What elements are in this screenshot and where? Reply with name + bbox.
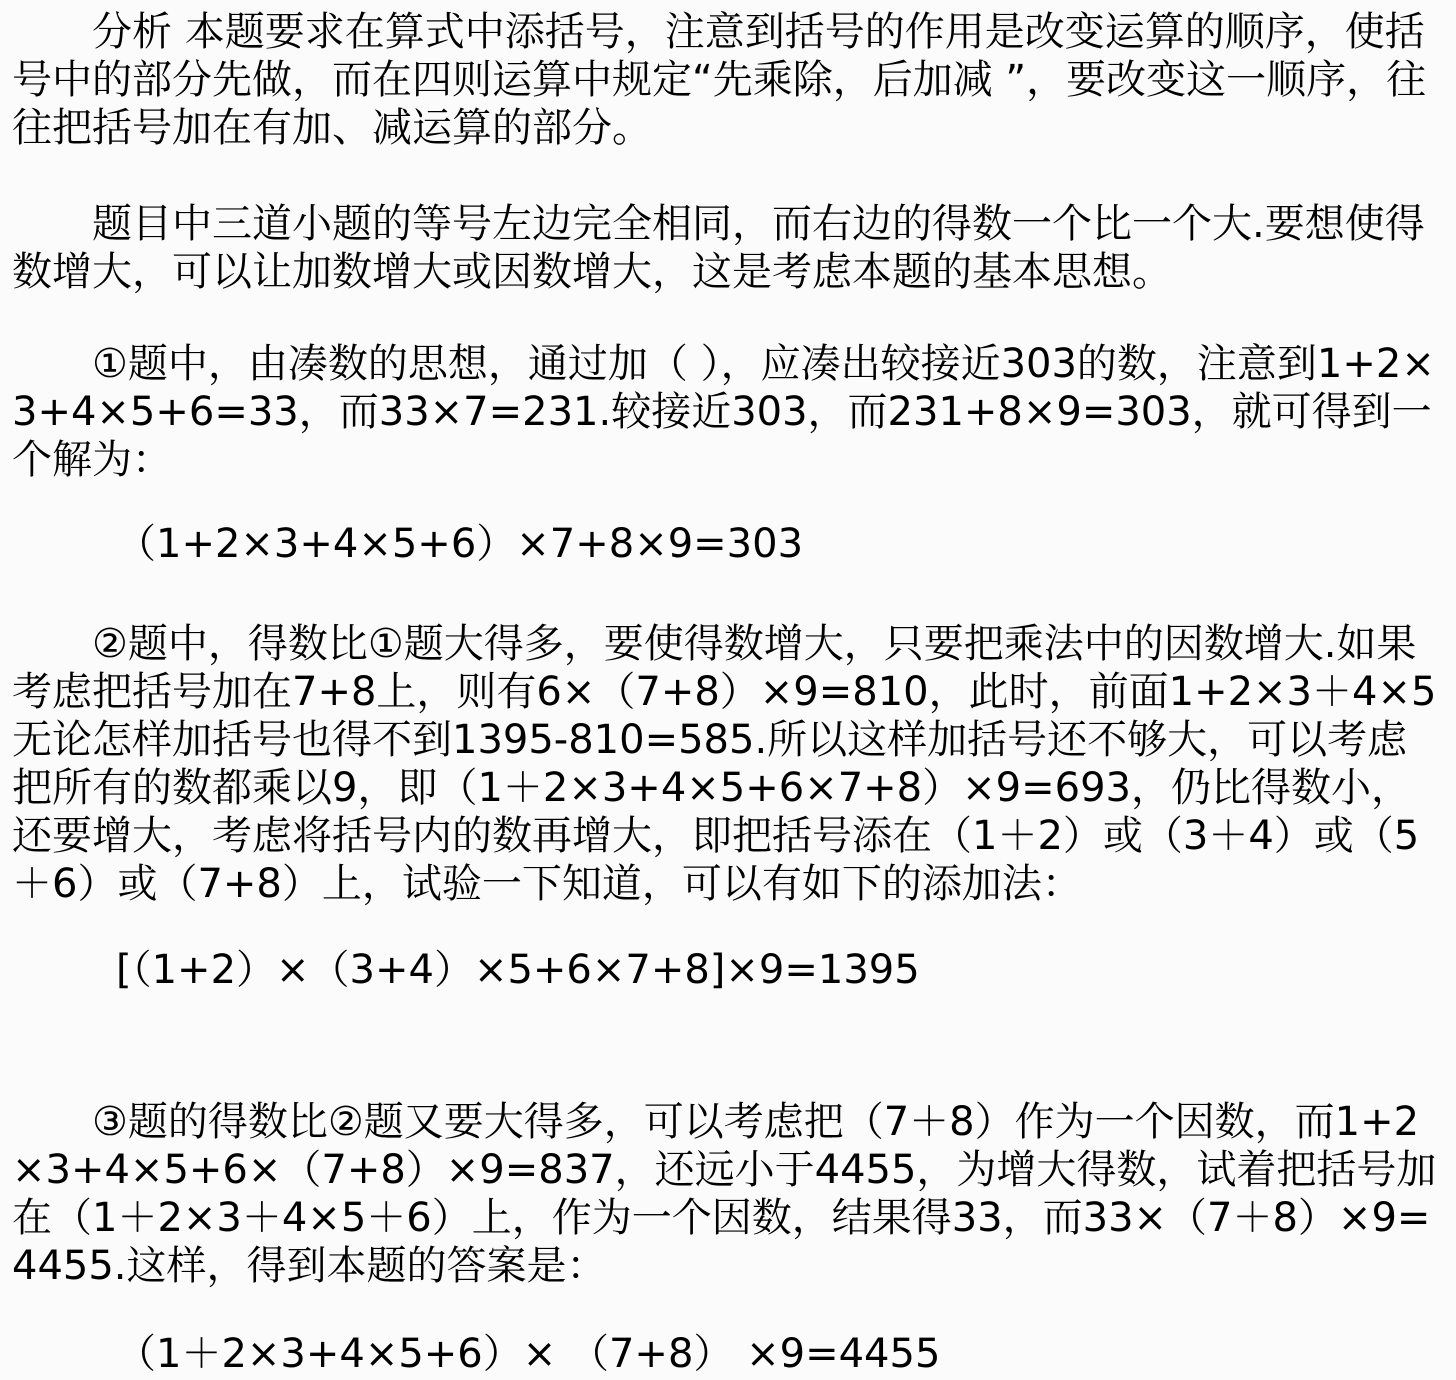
- problem3-equation: （1＋2×3+4×5+6）× （7+8） ×9=4455: [12, 1330, 1446, 1378]
- analysis-paragraph: 分析 本题要求在算式中添括号，注意到括号的作用是改变运算的顺序，使括号中的部分先…: [12, 8, 1446, 152]
- problem2-equation: [（1+2）×（3+4）×5+6×7+8]×9=1395: [12, 946, 1446, 994]
- problem3-discussion-paragraph: ③题的得数比②题又要大得多，可以考虑把（7＋8）作为一个因数，而1+2×3+4×…: [12, 1098, 1446, 1290]
- overview-paragraph: 题目中三道小题的等号左边完全相同，而右边的得数一个比一个大.要想使得数增大，可以…: [12, 200, 1446, 296]
- problem1-equation: （1+2×3+4×5+6）×7+8×9=303: [12, 520, 1446, 568]
- scanned-math-solution-document: 分析 本题要求在算式中添括号，注意到括号的作用是改变运算的顺序，使括号中的部分先…: [0, 0, 1456, 1378]
- problem2-discussion-paragraph: ②题中，得数比①题大得多，要使得数增大，只要把乘法中的因数增大.如果考虑把括号加…: [12, 620, 1446, 908]
- problem1-discussion-paragraph: ①题中，由凑数的思想，通过加（ ），应凑出较接近303的数，注意到1+2×3+4…: [12, 340, 1446, 484]
